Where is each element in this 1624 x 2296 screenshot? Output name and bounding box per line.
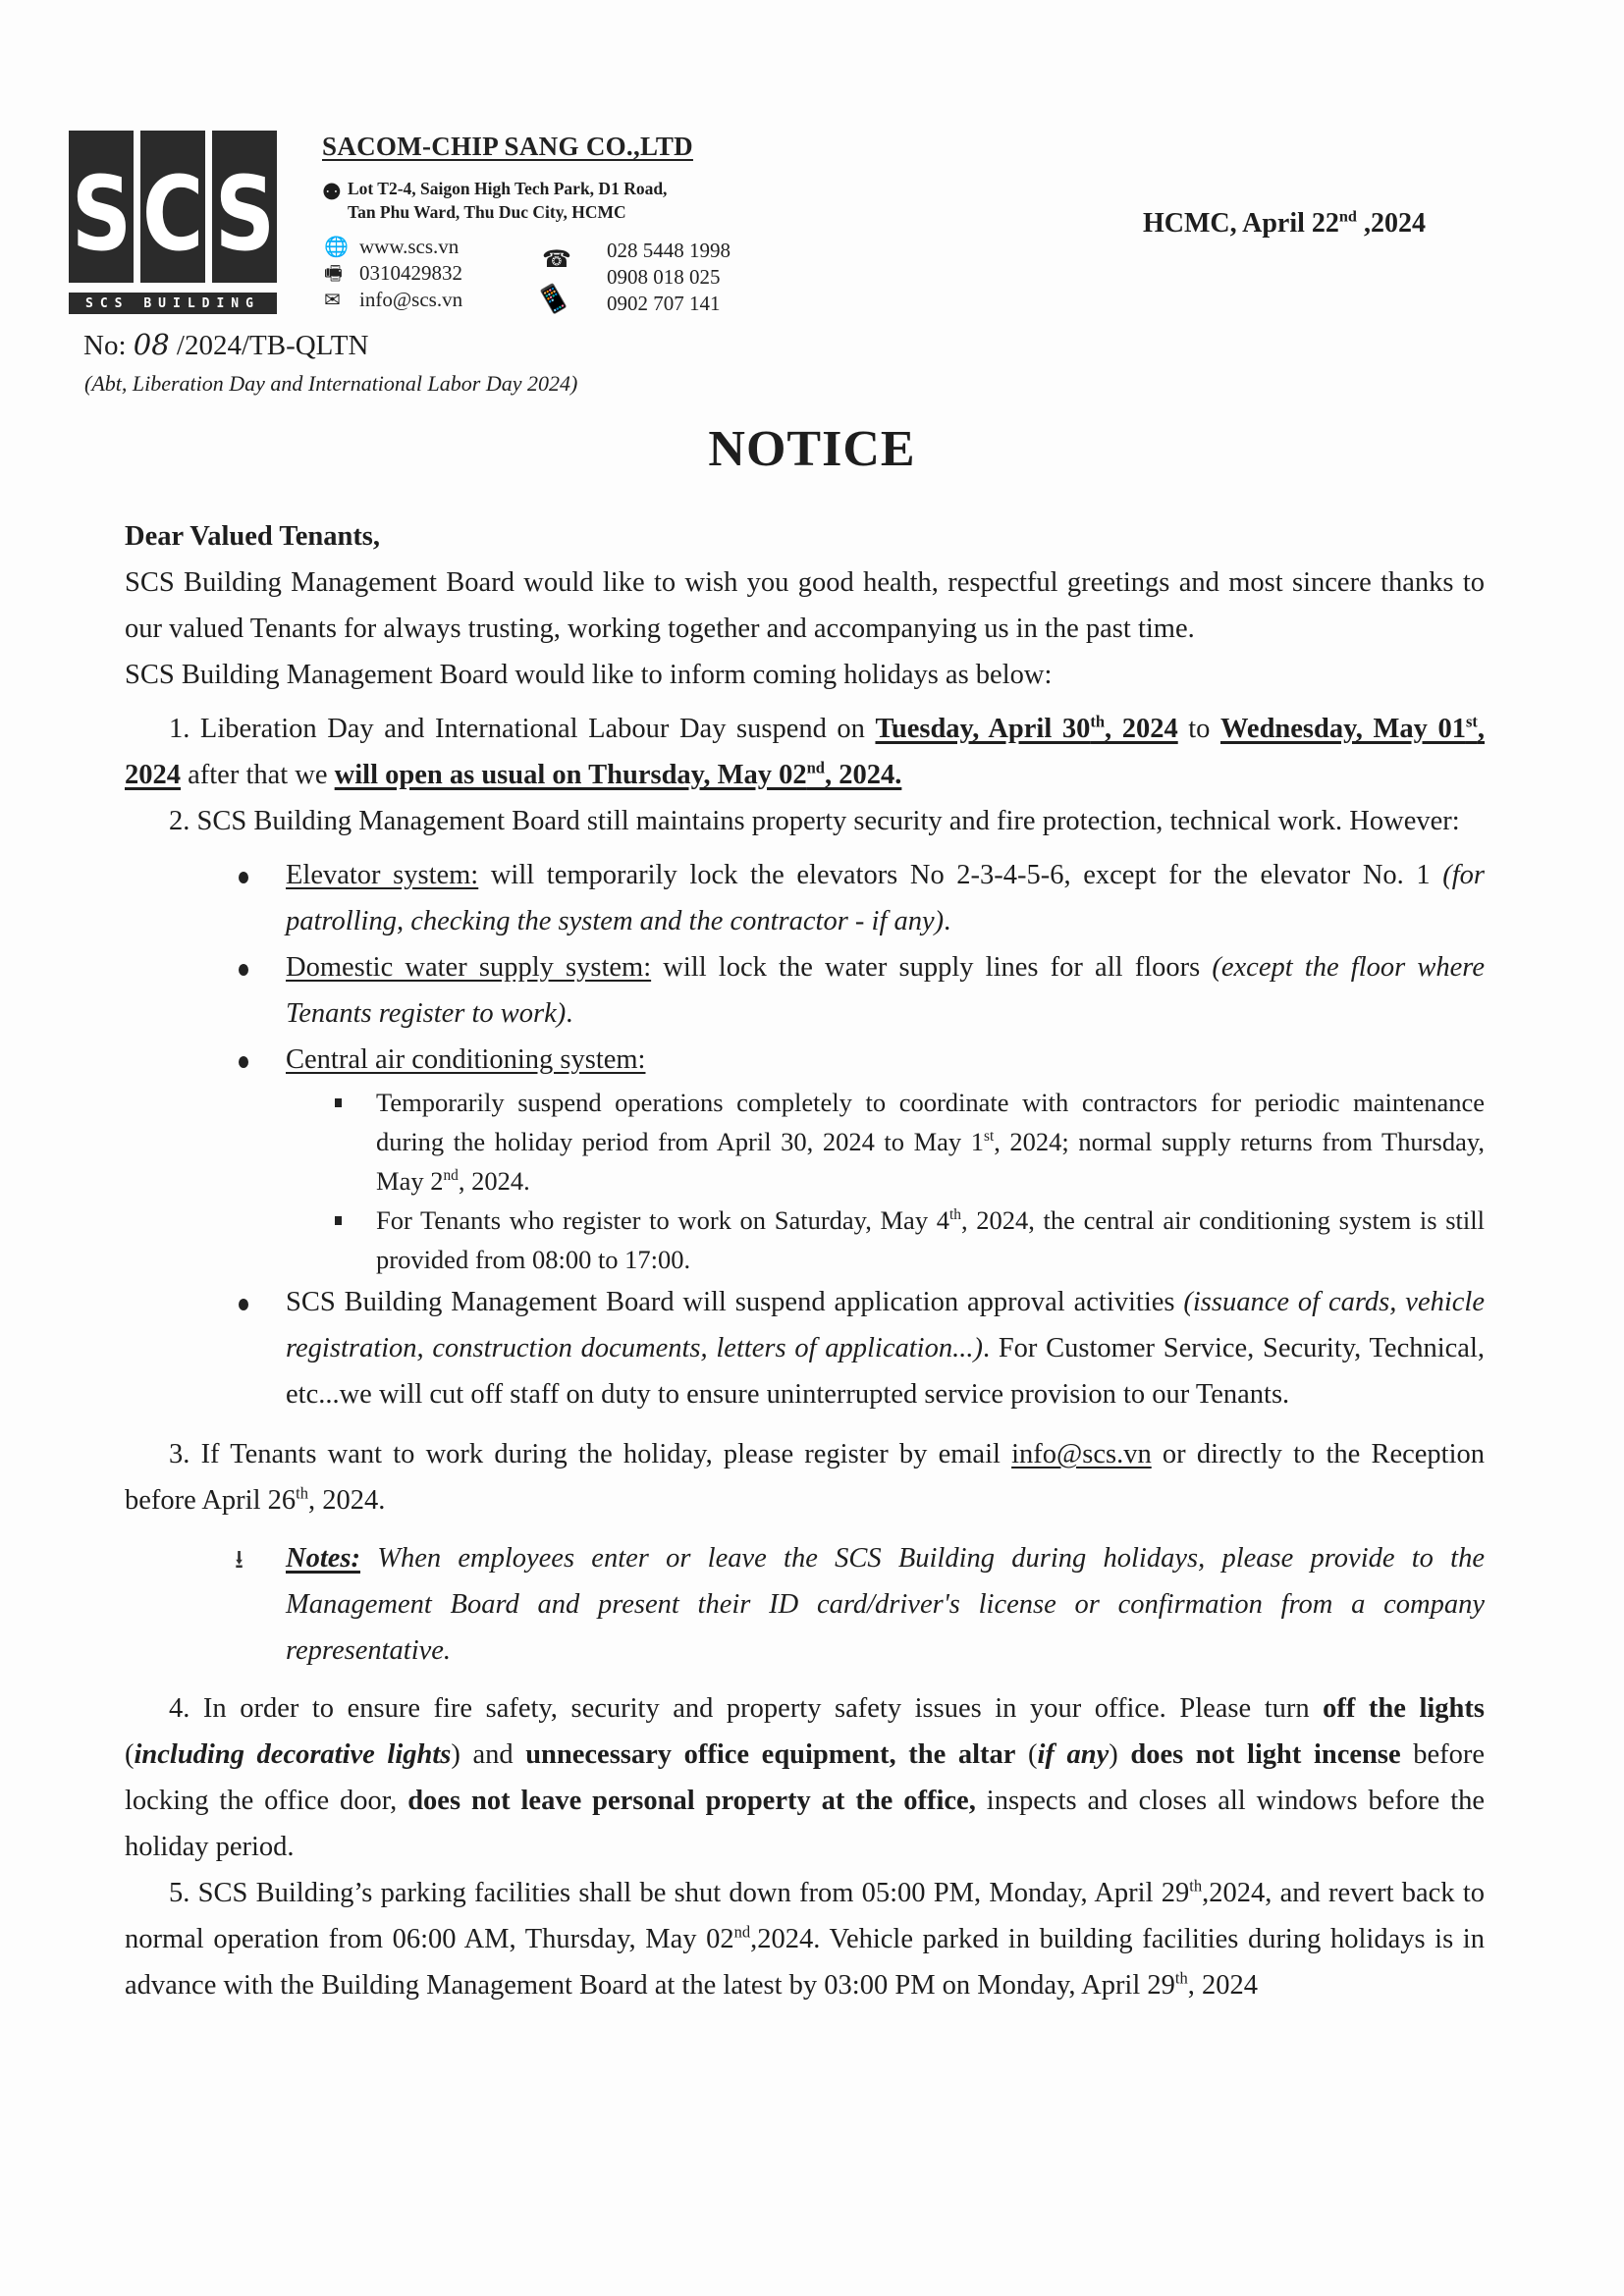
map-pin-icon: ⚉ xyxy=(322,181,342,204)
date-text: HCMC, April 22 xyxy=(1143,208,1339,239)
item-text: In order to ensure fire safety, security… xyxy=(189,1693,1323,1724)
item-4: 4. In order to ensure fire safety, secur… xyxy=(125,1685,1485,1870)
holiday-start-date: Tuesday, April 30th, 2024 xyxy=(875,714,1177,744)
water-supply-bullet: Domestic water supply system: will lock … xyxy=(125,944,1485,1037)
logo-letter: S xyxy=(71,163,131,265)
phone-list: 028 5448 1998 0908 018 025 0902 707 141 xyxy=(542,238,731,317)
item-number: 3. xyxy=(169,1439,189,1469)
company-logo: S C S SCS BUILDING xyxy=(69,131,277,319)
item-text: ( xyxy=(125,1739,135,1770)
address-line-2: Tan Phu Ward, Thu Duc City, HCMC xyxy=(348,200,667,224)
logo-letter: C xyxy=(142,163,204,265)
sub-bullet: Temporarily suspend operations completel… xyxy=(286,1083,1485,1201)
doc-number-label: No: xyxy=(83,330,134,361)
item-text: after that we xyxy=(181,760,335,790)
date-text: Wednesday, May 01 xyxy=(1220,714,1466,744)
fax-icon: 🖷 xyxy=(324,260,359,287)
emphasis: does not light incense xyxy=(1130,1739,1400,1770)
air-conditioning-details: Temporarily suspend operations completel… xyxy=(286,1083,1485,1279)
greeting: Dear Valued Tenants, xyxy=(125,513,1485,560)
doc-number-handwritten: 08 xyxy=(134,328,170,361)
bullet-text: will temporarily lock the elevators No 2… xyxy=(478,860,1442,890)
sub-bullet-text: For Tenants who register to work on Satu… xyxy=(376,1205,949,1235)
company-name: SACOM-CHIP SANG CO.,LTD xyxy=(322,132,693,162)
document-date: HCMC, April 22nd ,2024 xyxy=(1143,208,1426,240)
item-5: 5. SCS Building’s parking facilities sha… xyxy=(125,1870,1485,2008)
logo-tagline: SCS BUILDING xyxy=(69,293,277,314)
service-list: Elevator system: will temporarily lock t… xyxy=(125,852,1485,1417)
ordinal: nd xyxy=(734,1923,751,1942)
item-text: , 2024. xyxy=(308,1485,385,1516)
bullet-label: Central air conditioning system: xyxy=(286,1044,645,1075)
notes-block: ⭳Notes: When employees enter or leave th… xyxy=(125,1535,1485,1674)
notice-body: Dear Valued Tenants, SCS Building Manage… xyxy=(125,513,1485,2008)
bullet-text: SCS Building Management Board will suspe… xyxy=(286,1287,1183,1317)
ordinal: nd xyxy=(807,759,825,777)
ordinal: nd xyxy=(443,1167,458,1184)
item-2: 2. SCS Building Management Board still m… xyxy=(125,798,1485,844)
logo-block: S xyxy=(69,131,134,283)
logo-block: S xyxy=(212,131,277,283)
bullet-text: . xyxy=(944,906,950,936)
page-title: NOTICE xyxy=(0,420,1624,478)
phone-number: 0908 018 025 xyxy=(607,264,731,291)
item-text: ( xyxy=(1015,1739,1037,1770)
emphasis: does not leave personal property at the … xyxy=(407,1786,976,1816)
elevator-bullet: Elevator system: will temporarily lock t… xyxy=(125,852,1485,944)
ordinal: th xyxy=(1090,713,1105,731)
ordinal: th xyxy=(1189,1877,1202,1896)
emphasis: including decorative lights xyxy=(135,1739,452,1770)
date-year: , 2024. xyxy=(825,760,901,790)
notes-label: Notes: xyxy=(286,1543,360,1574)
date-suffix: nd xyxy=(1339,208,1357,226)
sub-bullet-text: , 2024. xyxy=(459,1166,530,1196)
item-text: If Tenants want to work during the holid… xyxy=(189,1439,1011,1469)
ordinal: th xyxy=(949,1206,961,1223)
item-1: 1. Liberation Day and International Labo… xyxy=(125,706,1485,798)
item-text: SCS Building’s parking facilities shall … xyxy=(189,1878,1189,1908)
emphasis: off the lights xyxy=(1323,1693,1485,1724)
ordinal: th xyxy=(1175,1969,1188,1988)
date-text: Tuesday, April 30 xyxy=(875,714,1090,744)
item-number: 4. xyxy=(169,1693,189,1724)
bullet-label: Elevator system: xyxy=(286,860,478,890)
item-number: 1. xyxy=(169,714,189,744)
approval-bullet: SCS Building Management Board will suspe… xyxy=(125,1279,1485,1417)
item-3: 3. If Tenants want to work during the ho… xyxy=(125,1431,1485,1523)
intro-paragraph: SCS Building Management Board would like… xyxy=(125,560,1485,652)
emphasis: if any xyxy=(1037,1739,1109,1770)
document-subject: (Abt, Liberation Day and International L… xyxy=(84,371,577,397)
emphasis: unnecessary office equipment, the altar xyxy=(525,1739,1015,1770)
item-text: , 2024 xyxy=(1188,1970,1258,2001)
bullet-text: will lock the water supply lines for all… xyxy=(651,952,1212,983)
registration-email-link[interactable]: info@scs.vn xyxy=(1011,1439,1152,1469)
reopen-date: will open as usual on Thursday, May 02nd… xyxy=(335,760,902,790)
envelope-icon: ✉ xyxy=(324,287,359,313)
phone-number: 028 5448 1998 xyxy=(607,238,731,264)
item-text: Liberation Day and International Labour … xyxy=(189,714,875,744)
bullet-label: Domestic water supply system: xyxy=(286,952,651,983)
sub-bullet: For Tenants who register to work on Satu… xyxy=(286,1201,1485,1279)
ordinal: st xyxy=(984,1128,994,1145)
globe-icon: 🌐 xyxy=(324,234,359,260)
logo-letter: S xyxy=(214,163,274,265)
item-text: to xyxy=(1178,714,1220,744)
item-text: ) xyxy=(1109,1739,1130,1770)
website-link[interactable]: www.scs.vn xyxy=(359,234,459,260)
ordinal: st xyxy=(1466,713,1478,731)
item-number: 5. xyxy=(169,1878,189,1908)
intro-paragraph: SCS Building Management Board would like… xyxy=(125,652,1485,698)
doc-number-code: /2024/TB-QLTN xyxy=(170,330,369,361)
ordinal: th xyxy=(296,1484,308,1503)
date-text: will open as usual on Thursday, May 02 xyxy=(335,760,807,790)
air-conditioning-bullet: Central air conditioning system: Tempora… xyxy=(125,1037,1485,1279)
date-year: ,2024 xyxy=(1357,208,1426,239)
email-link[interactable]: info@scs.vn xyxy=(359,287,462,313)
logo-block: C xyxy=(140,131,205,283)
tax-code: 0310429832 xyxy=(359,260,462,287)
item-text: ) and xyxy=(451,1739,525,1770)
phone-number: 0902 707 141 xyxy=(607,291,731,317)
address-line-1: Lot T2-4, Saigon High Tech Park, D1 Road… xyxy=(348,177,667,200)
document-number: No: 08 /2024/TB-QLTN xyxy=(83,328,368,362)
bullet-text: . xyxy=(566,998,572,1029)
item-text: SCS Building Management Board still main… xyxy=(189,806,1459,836)
notes-text: When employees enter or leave the SCS Bu… xyxy=(286,1543,1485,1666)
company-address: ⚉ Lot T2-4, Saigon High Tech Park, D1 Ro… xyxy=(324,177,667,224)
contact-list: 🌐www.scs.vn 🖷0310429832 ✉info@scs.vn xyxy=(324,234,462,313)
date-year: , 2024 xyxy=(1105,714,1178,744)
push-pin-icon: ⭳ xyxy=(235,1537,244,1583)
item-number: 2. xyxy=(169,806,189,836)
